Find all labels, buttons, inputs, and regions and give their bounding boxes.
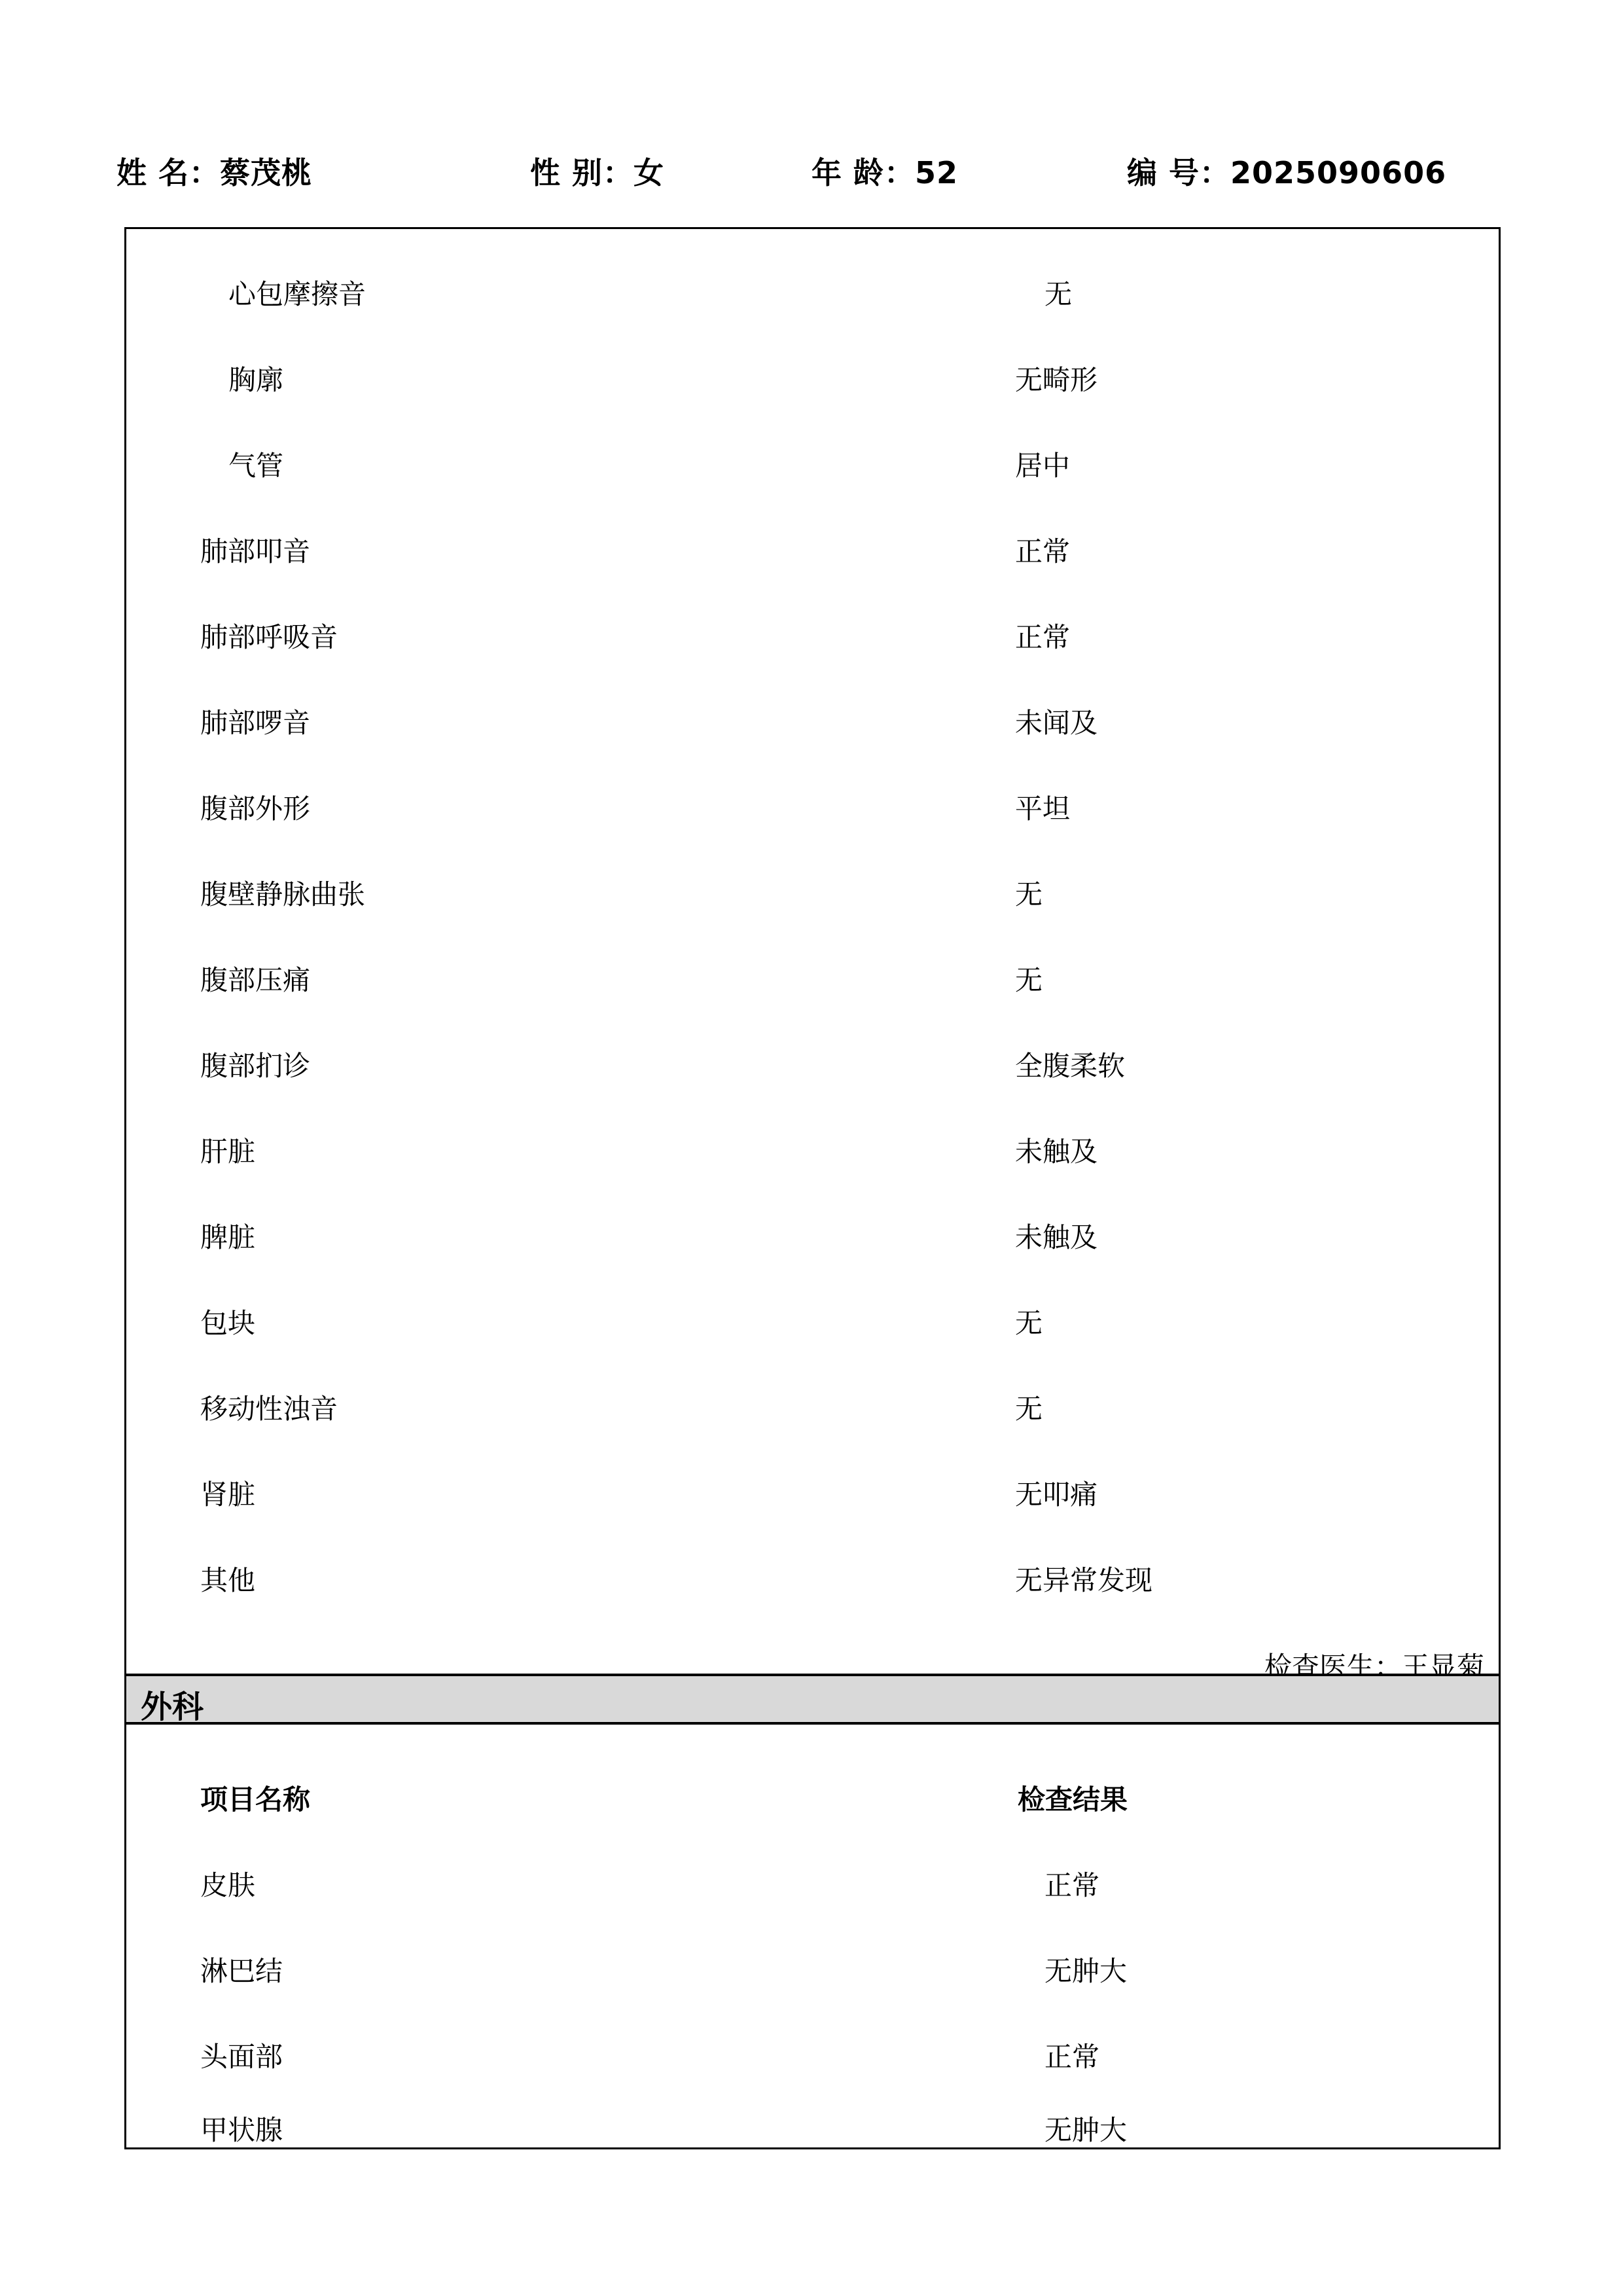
patient-gender: 性 别：女 bbox=[530, 149, 664, 192]
item-name: 气管 bbox=[228, 450, 283, 482]
patient-name-label: 姓 名： bbox=[116, 155, 220, 190]
report-box: 心包摩擦音 无 胸廓 无畸形 气管 居中 肺部叩音 正常 肺部呼吸音 正常 肺部… bbox=[124, 227, 1501, 2149]
patient-id: 编 号：2025090606 bbox=[1127, 149, 1446, 192]
patient-age-value: 52 bbox=[915, 155, 958, 190]
patient-age-label: 年 龄： bbox=[811, 155, 915, 190]
column-header-name: 项目名称 bbox=[200, 1784, 310, 1816]
item-name: 头面部 bbox=[200, 2041, 283, 2073]
item-name: 肺部叩音 bbox=[200, 535, 310, 568]
section-header-surgery: 外科 bbox=[126, 1674, 1499, 1725]
section-title: 外科 bbox=[141, 1681, 204, 1727]
item-result: 未闻及 bbox=[1015, 707, 1097, 740]
item-name: 脾脏 bbox=[200, 1221, 255, 1254]
patient-id-value: 2025090606 bbox=[1230, 155, 1446, 190]
patient-gender-label: 性 别： bbox=[530, 155, 633, 190]
item-result: 无 bbox=[1015, 1393, 1043, 1426]
item-result: 正常 bbox=[1015, 621, 1070, 654]
item-name: 包块 bbox=[200, 1307, 255, 1340]
item-name: 肾脏 bbox=[200, 1479, 255, 1511]
item-name: 心包摩擦音 bbox=[228, 278, 366, 311]
item-name: 皮肤 bbox=[200, 1869, 255, 1902]
item-name: 甲状腺 bbox=[200, 2114, 283, 2147]
item-result: 无异常发现 bbox=[1015, 1564, 1152, 1597]
item-name: 淋巴结 bbox=[200, 1955, 283, 1988]
item-result: 无畸形 bbox=[1015, 364, 1097, 397]
item-result: 正常 bbox=[1044, 1869, 1099, 1902]
column-header-result: 检查结果 bbox=[1018, 1784, 1128, 1816]
item-result: 无叩痛 bbox=[1015, 1479, 1097, 1511]
item-result: 无 bbox=[1015, 964, 1043, 997]
item-name: 腹部压痛 bbox=[200, 964, 310, 997]
item-result: 正常 bbox=[1044, 2041, 1099, 2073]
patient-name-value: 蔡茂桃 bbox=[220, 155, 312, 190]
item-name: 腹壁静脉曲张 bbox=[200, 878, 365, 911]
item-result: 全腹柔软 bbox=[1015, 1050, 1125, 1083]
patient-name: 姓 名：蔡茂桃 bbox=[116, 149, 312, 192]
item-name: 胸廓 bbox=[228, 364, 283, 397]
item-name: 肺部啰音 bbox=[200, 707, 310, 740]
patient-age: 年 龄：52 bbox=[811, 149, 958, 192]
item-name: 腹部扪诊 bbox=[200, 1050, 310, 1083]
item-result: 无 bbox=[1015, 1307, 1043, 1340]
item-name: 移动性浊音 bbox=[200, 1393, 338, 1426]
item-result: 无 bbox=[1044, 278, 1072, 311]
item-name: 肝脏 bbox=[200, 1136, 255, 1168]
item-result: 未触及 bbox=[1015, 1136, 1097, 1168]
item-result: 无 bbox=[1015, 878, 1043, 911]
item-result: 未触及 bbox=[1015, 1221, 1097, 1254]
patient-gender-value: 女 bbox=[633, 155, 664, 190]
item-result: 正常 bbox=[1015, 535, 1070, 568]
item-result: 平坦 bbox=[1015, 793, 1070, 825]
item-name: 肺部呼吸音 bbox=[200, 621, 338, 654]
item-result: 无肿大 bbox=[1044, 2114, 1127, 2147]
item-result: 居中 bbox=[1015, 450, 1070, 482]
patient-id-label: 编 号： bbox=[1127, 155, 1230, 190]
item-result: 无肿大 bbox=[1044, 1955, 1127, 1988]
item-name: 腹部外形 bbox=[200, 793, 310, 825]
item-name: 其他 bbox=[200, 1564, 255, 1597]
